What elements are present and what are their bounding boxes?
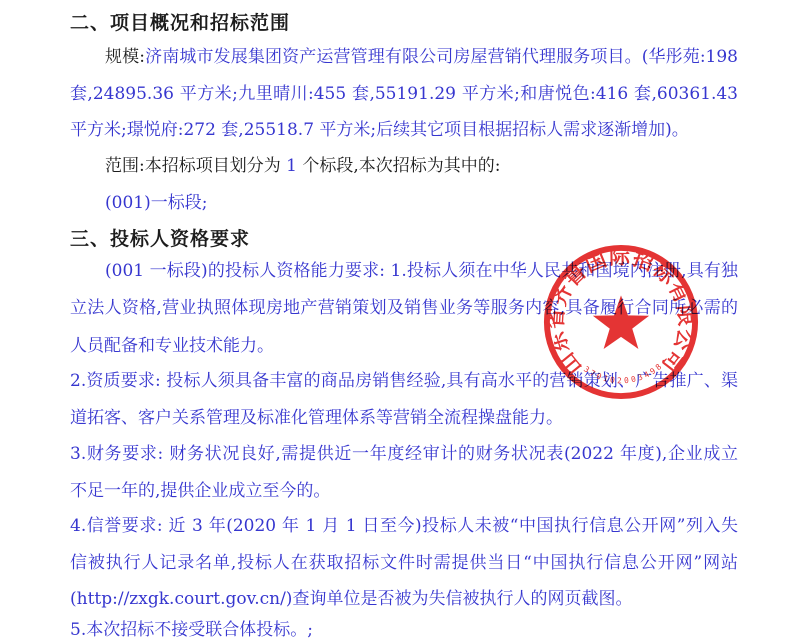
- scale-text: 济南城市发展集团资产运营管理有限公司房屋营销代理服务项目。(华彤苑:198: [145, 47, 738, 67]
- scale-label: 规模:: [105, 47, 145, 67]
- section2-heading: 二、项目概况和招标范围: [70, 8, 738, 35]
- req4-line-2: 信被执行人记录名单,投标人在获取招标文件时需提供当日“中国执行信息公开网”网站: [70, 552, 738, 574]
- req5-text: 5.本次招标不接受联合体投标。;: [70, 620, 313, 640]
- seal-code-digits: 370102003498: [582, 361, 665, 386]
- range-section-count: 1: [286, 156, 297, 176]
- lot-line: (001)一标段;: [70, 192, 738, 214]
- scale-line-1: 规模:济南城市发展集团资产运营管理有限公司房屋营销代理服务项目。(华彤苑:198: [70, 46, 738, 68]
- req3-line-1: 3.财务要求: 财务状况良好,需提供近一年度经审计的财务状况表(2022 年度)…: [70, 443, 738, 465]
- req2-text-end: 道拓客、客户关系管理及标准化管理体系等营销全流程操盘能力。: [70, 408, 563, 428]
- scale-line-2: 套,24895.36 平方米;九里晴川:455 套,55191.29 平方米;和…: [70, 83, 738, 105]
- req1-text-end: 人员配备和专业技术能力。: [70, 336, 274, 356]
- req4-url-text: (http://zxgk.court.gov.cn/)查询单位是否被为失信被执行…: [70, 589, 632, 609]
- scale-text-cont: 套,24895.36 平方米;九里晴川:455 套,55191.29 平方米;和…: [70, 84, 738, 104]
- req4-line-3: (http://zxgk.court.gov.cn/)查询单位是否被为失信被执行…: [70, 588, 738, 610]
- req3-text-end: 不足一年的,提供企业成立至今的。: [70, 481, 330, 501]
- scale-line-3: 平方米;璟悦府:272 套,25518.7 平方米;后续其它项目根据招标人需求逐…: [70, 119, 738, 141]
- range-text-end: 个标段,本次招标为其中的:: [297, 156, 501, 176]
- req3-line-2: 不足一年的,提供企业成立至今的。: [70, 480, 738, 502]
- seal-star-icon: [593, 295, 649, 349]
- range-line: 范围:本招标项目划分为 1 个标段,本次招标为其中的:: [70, 155, 738, 177]
- lot-001-label: (001)一标段;: [105, 193, 207, 213]
- seal-code-text: 370102003498: [582, 361, 665, 386]
- scale-text-end: 平方米;璟悦府:272 套,25518.7 平方米;后续其它项目根据招标人需求逐…: [70, 120, 689, 140]
- req5-line: 5.本次招标不接受联合体投标。;: [70, 619, 738, 641]
- req4-line-1: 4.信誉要求: 近 3 年(2020 年 1 月 1 日至今)投标人未被“中国执…: [70, 515, 738, 537]
- req2-line-2: 道拓客、客户关系管理及标准化管理体系等营销全流程操盘能力。: [70, 407, 738, 429]
- req3-text: 3.财务要求: 财务状况良好,需提供近一年度经审计的财务状况表(2022 年度)…: [70, 444, 738, 464]
- company-seal: 山东省齐鲁国际招标有限公司 370102003498: [540, 241, 702, 403]
- req4-text: 4.信誉要求: 近 3 年(2020 年 1 月 1 日至今)投标人未被“中国执…: [70, 516, 738, 536]
- range-label: 范围:本招标项目划分为: [105, 156, 286, 176]
- req4-text-cont: 信被执行人记录名单,投标人在获取招标文件时需提供当日“中国执行信息公开网”网站: [70, 553, 738, 573]
- document-page: 二、项目概况和招标范围 规模:济南城市发展集团资产运营管理有限公司房屋营销代理服…: [0, 0, 800, 641]
